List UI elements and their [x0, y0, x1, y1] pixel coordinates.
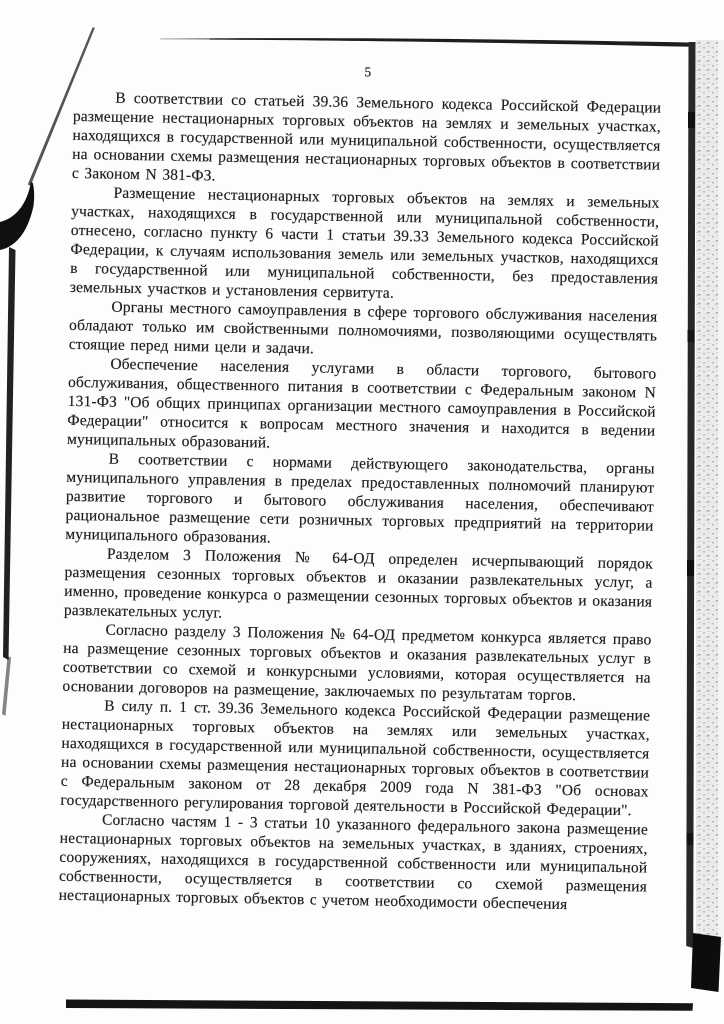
right-corner-blob: [691, 933, 721, 992]
left-edge-line-tail: [2, 656, 11, 716]
paragraph-2: Размещение нестационарных торговых объек…: [70, 183, 660, 308]
paragraph-5: В соответствии с нормами действующего за…: [65, 449, 655, 555]
paragraph-9: Согласно частям 1 - 3 статьи 10 указанно…: [59, 810, 649, 916]
top-edge-lead: [160, 38, 210, 40]
paragraph-8: В силу п. 1 ст. 39.36 Земельного кодекса…: [60, 696, 650, 821]
scan-noise-strip-outer: [718, 40, 724, 946]
paragraph-3: Органы местного самоуправления в сфере т…: [69, 297, 658, 365]
paragraph-7: Согласно разделу 3 Положения № 64-ОД пре…: [62, 620, 651, 707]
top-edge-line: [208, 38, 692, 47]
right-edge-line: [686, 42, 695, 948]
left-edge-line: [3, 247, 16, 660]
page-number: 5: [74, 59, 662, 86]
scanned-page: 5 В соответствии со статьей 39.36 Земель…: [0, 0, 724, 1024]
paragraph-1: В соответствии со статьей 39.36 Земельно…: [72, 88, 662, 194]
bottom-edge-line: [66, 1000, 693, 1011]
paragraph-6: Разделом 3 Положения № 64-ОД определен и…: [64, 544, 653, 631]
left-edge-blob: [0, 182, 34, 250]
paragraph-4: Обеспечение населения услугами в области…: [67, 354, 657, 460]
page-content: 5 В соответствии со статьей 39.36 Земель…: [59, 59, 662, 916]
scan-noise-strip: [696, 40, 718, 946]
